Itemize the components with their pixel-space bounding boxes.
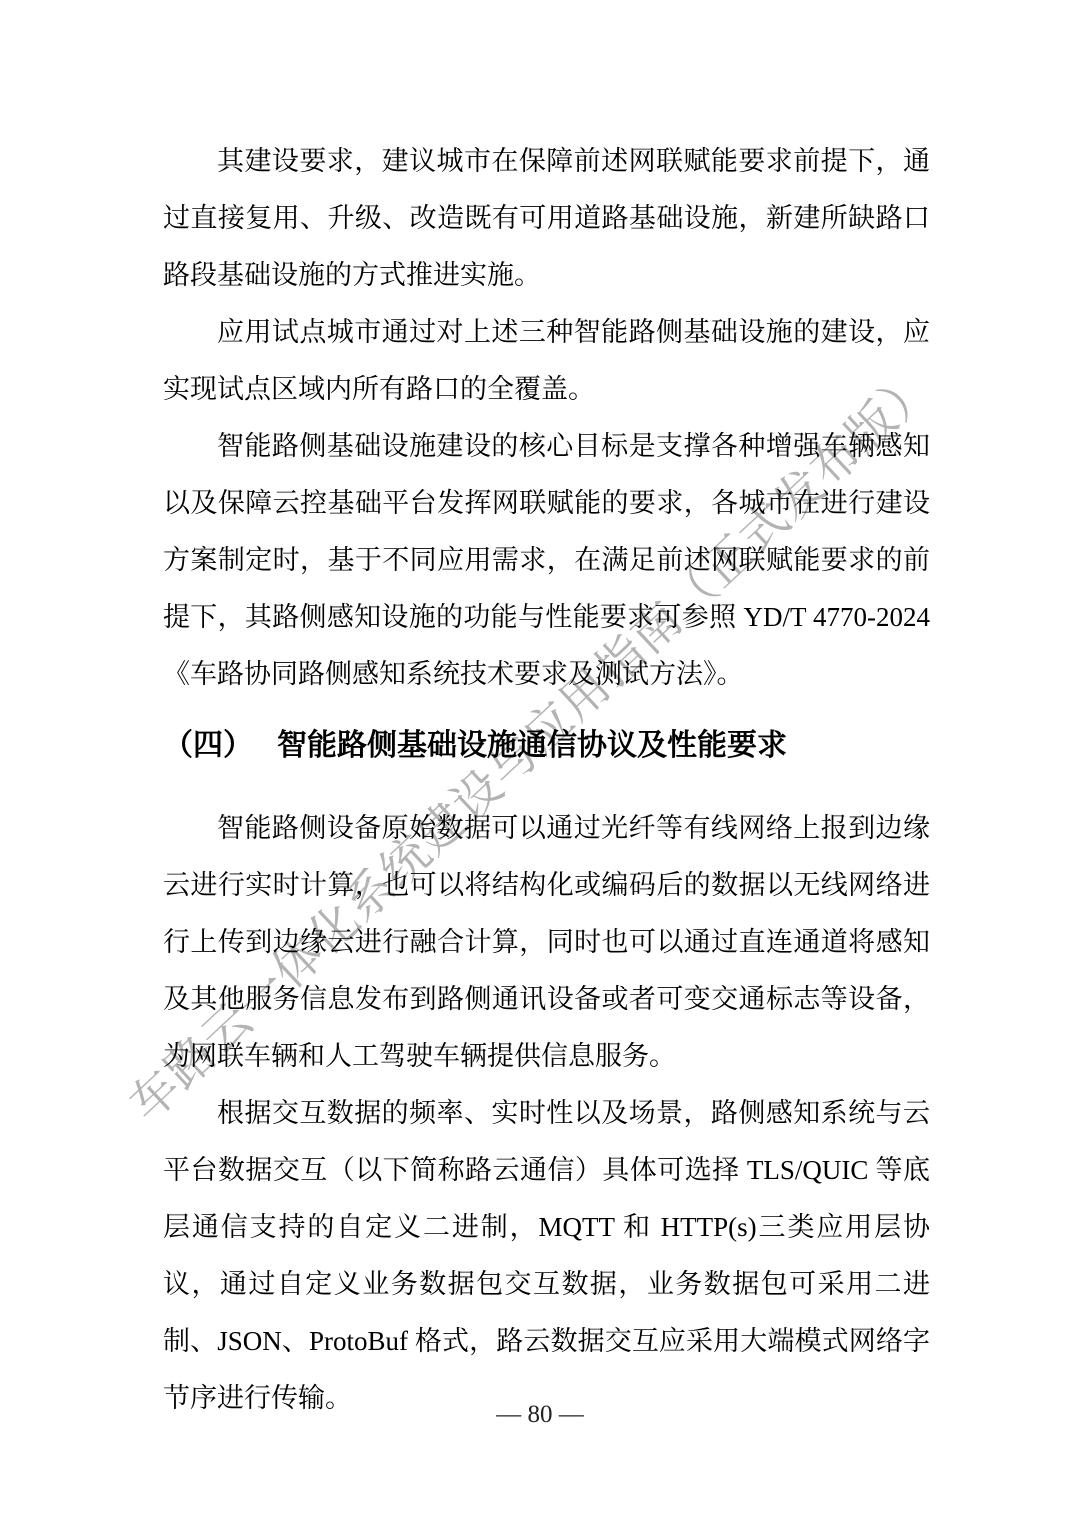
document-page: 车路云一体化系统建设与应用指南（正式发布版） 其建设要求，建议城市在保障前述网联…	[0, 0, 1080, 1527]
section-heading-title: 智能路侧基础设施通信协议及性能要求	[277, 729, 787, 762]
section-heading-number: （四）	[163, 729, 253, 762]
paragraph-protocol-selection: 根据交互数据的频率、实时性以及场景，路侧感知系统与云平台数据交互（以下简称路云通…	[163, 1085, 930, 1427]
paragraph-core-goal: 智能路侧基础设施建设的核心目标是支撑各种增强车辆感知以及保障云控基础平台发挥网联…	[163, 418, 930, 703]
page-number: — 80 —	[496, 1401, 584, 1428]
section-heading: （四）智能路侧基础设施通信协议及性能要求	[163, 717, 930, 774]
paragraph-pilot-city-coverage: 应用试点城市通过对上述三种智能路侧基础设施的建设，应实现试点区域内所有路口的全覆…	[163, 304, 930, 418]
page-footer: — 80 —	[0, 1398, 1080, 1432]
paragraph-data-reporting: 智能路侧设备原始数据可以通过光纤等有线网络上报到边缘云进行实时计算，也可以将结构…	[163, 800, 930, 1085]
paragraph-construction-requirements: 其建设要求，建议城市在保障前述网联赋能要求前提下，通过直接复用、升级、改造既有可…	[163, 133, 930, 304]
page-content: 其建设要求，建议城市在保障前述网联赋能要求前提下，通过直接复用、升级、改造既有可…	[163, 133, 930, 1427]
